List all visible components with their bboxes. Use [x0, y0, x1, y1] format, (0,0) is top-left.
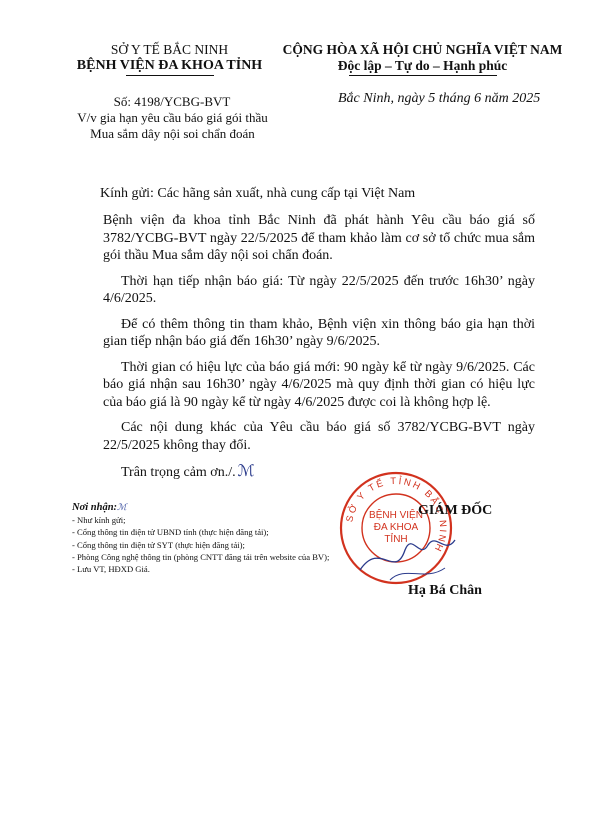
list-item: - Lưu VT, HĐXD Giá.	[72, 563, 372, 575]
closing-text: Trân trọng cảm ơn./.	[121, 465, 236, 480]
body-paragraph: Để có thêm thông tin tham khảo, Bệnh việ…	[103, 316, 535, 351]
document-number: Số: 4198/YCBG-BVT	[72, 94, 272, 110]
nation-title: CỘNG HÒA XÃ HỘI CHỦ NGHĨA VIỆT NAM	[283, 42, 563, 57]
body-paragraph: Thời hạn tiếp nhận báo giá: Từ ngày 22/5…	[103, 273, 535, 308]
organization-name: BỆNH VIỆN ĐA KHOA TỈNH	[62, 58, 277, 74]
signer-name: Hạ Bá Chân	[408, 583, 482, 599]
document-subject: V/v gia hạn yêu cầu báo giá gói thầu Mua…	[70, 110, 275, 142]
official-letter: SỞ Y TẾ BẮC NINH BỆNH VIỆN ĐA KHOA TỈNH …	[0, 0, 595, 825]
body-paragraph: Các nội dung khác của Yêu cầu báo giá số…	[103, 419, 535, 454]
letter-body: Bệnh viện đa khoa tỉnh Bắc Ninh đã phát …	[103, 212, 535, 482]
signer-title: GIÁM ĐỐC	[418, 503, 492, 519]
parent-organization: SỞ Y TẾ BẮC NINH	[62, 42, 277, 58]
header-underline	[126, 75, 214, 76]
motto-underline	[349, 75, 497, 76]
issuer-header: SỞ Y TẾ BẮC NINH BỆNH VIỆN ĐA KHOA TỈNH	[62, 42, 277, 76]
national-motto: Độc lập – Tự do – Hạnh phúc	[280, 58, 565, 74]
recipients-list: - Như kính gửi; - Cổng thông tin điện tử…	[72, 514, 372, 575]
list-item: - Cổng thông tin điện tử SYT (thực hiện …	[72, 539, 372, 551]
list-item: - Cổng thông tin điện tử UBND tỉnh (thực…	[72, 526, 372, 538]
scribble-icon: ℳ	[117, 502, 127, 512]
national-header: CỘNG HÒA XÃ HỘI CHỦ NGHĨA VIỆT NAM Độc l…	[280, 42, 565, 76]
recipient-line: Kính gửi: Các hãng sản xuất, nhà cung cấ…	[100, 186, 415, 202]
recipients-label: Nơi nhận:	[72, 502, 117, 513]
body-paragraph: Bệnh viện đa khoa tỉnh Bắc Ninh đã phát …	[103, 212, 535, 265]
list-item: - Như kính gửi;	[72, 514, 372, 526]
recipients-block: Nơi nhận:ℳ - Như kính gửi; - Cổng thông …	[72, 501, 372, 575]
handwritten-initial-icon: ℳ	[238, 461, 255, 480]
closing-line: Trân trọng cảm ơn./.ℳ	[103, 462, 535, 482]
body-paragraph: Thời gian có hiệu lực của báo giá mới: 9…	[103, 359, 535, 412]
place-and-date: Bắc Ninh, ngày 5 tháng 6 năm 2025	[338, 91, 540, 107]
list-item: - Phòng Công nghệ thông tin (phòng CNTT …	[72, 551, 372, 563]
